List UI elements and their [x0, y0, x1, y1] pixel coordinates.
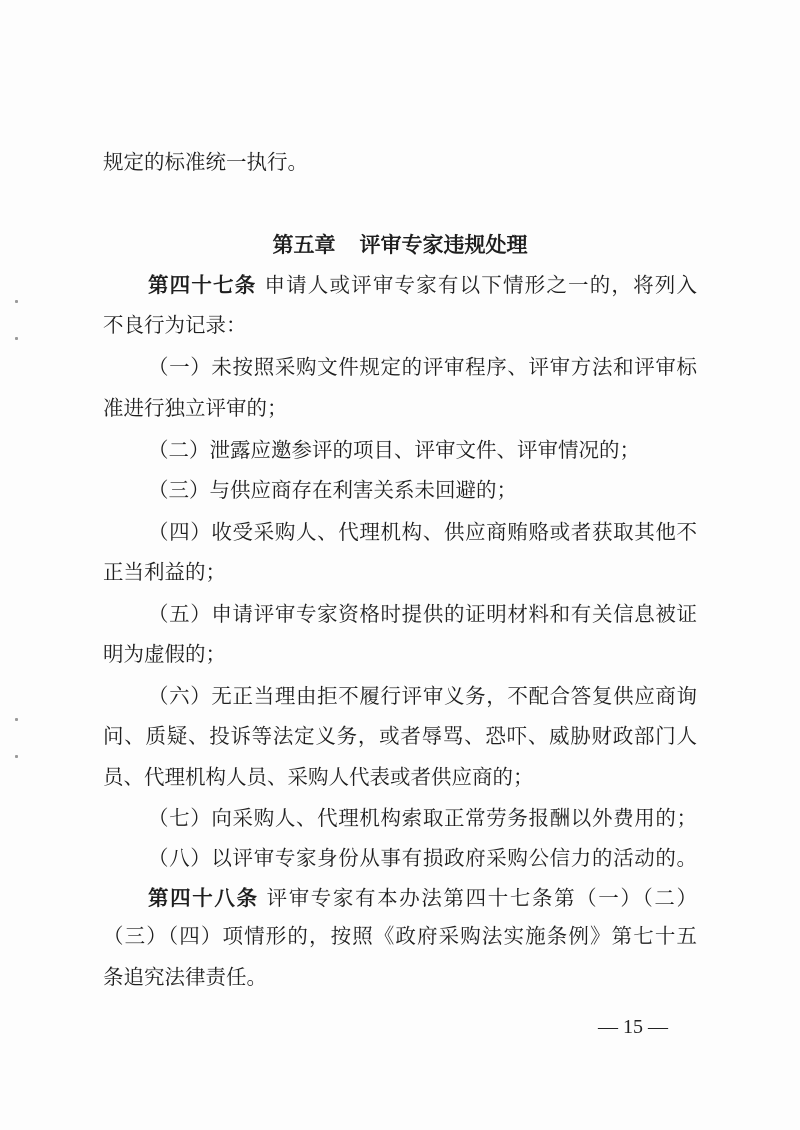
item-1-line-2: 准进行独立评审的； [103, 394, 697, 422]
chapter-title: 评审专家违规处理 [360, 233, 528, 257]
chapter-number: 第五章 [273, 233, 336, 257]
article-48-line-1: 第四十八条评审专家有本办法第四十七条第（一）（二） [148, 884, 697, 912]
page-number: — 15 — [598, 1014, 668, 1040]
continuation-text: 规定的标准统一执行。 [103, 148, 697, 176]
item-2: （二）泄露应邀参评的项目、评审文件、评审情况的； [148, 436, 697, 464]
article-47-line-1: 第四十七条申请人或评审专家有以下情形之一的，将列入 [148, 271, 697, 299]
article-48-text: 评审专家有本办法第四十七条第（一）（二） [267, 886, 697, 910]
article-48-line-2: （三）（四）项情形的，按照《政府采购法实施条例》第七十五 [103, 922, 697, 950]
item-5-line-1: （五）申请评审专家资格时提供的证明材料和有关信息被证 [148, 600, 697, 628]
article-47-label: 第四十七条 [148, 273, 256, 297]
item-6-line-2: 问、质疑、投诉等法定义务，或者辱骂、恐吓、威胁财政部门人 [103, 722, 697, 750]
item-3: （三）与供应商存在利害关系未回避的； [148, 476, 697, 504]
item-5-line-2: 明为虚假的； [103, 640, 697, 668]
chapter-heading: 第五章评审专家违规处理 [0, 230, 800, 260]
item-4-line-1: （四）收受采购人、代理机构、供应商贿赂或者获取其他不 [148, 518, 697, 546]
article-48-line-3: 条追究法律责任。 [103, 963, 697, 991]
article-48-label: 第四十八条 [148, 886, 259, 910]
binding-hole-mark [15, 718, 18, 721]
article-47-text: 申请人或评审专家有以下情形之一的，将列入 [264, 273, 697, 297]
binding-hole-mark [15, 300, 18, 303]
item-1-line-1: （一）未按照采购文件规定的评审程序、评审方法和评审标 [148, 353, 697, 381]
item-6-line-1: （六）无正当理由拒不履行评审义务，不配合答复供应商询 [148, 682, 697, 710]
binding-hole-mark [15, 337, 18, 340]
article-47-line-2: 不良行为记录： [103, 311, 697, 339]
binding-hole-mark [15, 755, 18, 758]
item-7: （七）向采购人、代理机构索取正常劳务报酬以外费用的； [148, 804, 697, 832]
item-6-line-3: 员、代理机构人员、采购人代表或者供应商的； [103, 763, 697, 791]
item-8: （八）以评审专家身份从事有损政府采购公信力的活动的。 [148, 844, 697, 872]
item-4-line-2: 正当利益的； [103, 558, 697, 586]
